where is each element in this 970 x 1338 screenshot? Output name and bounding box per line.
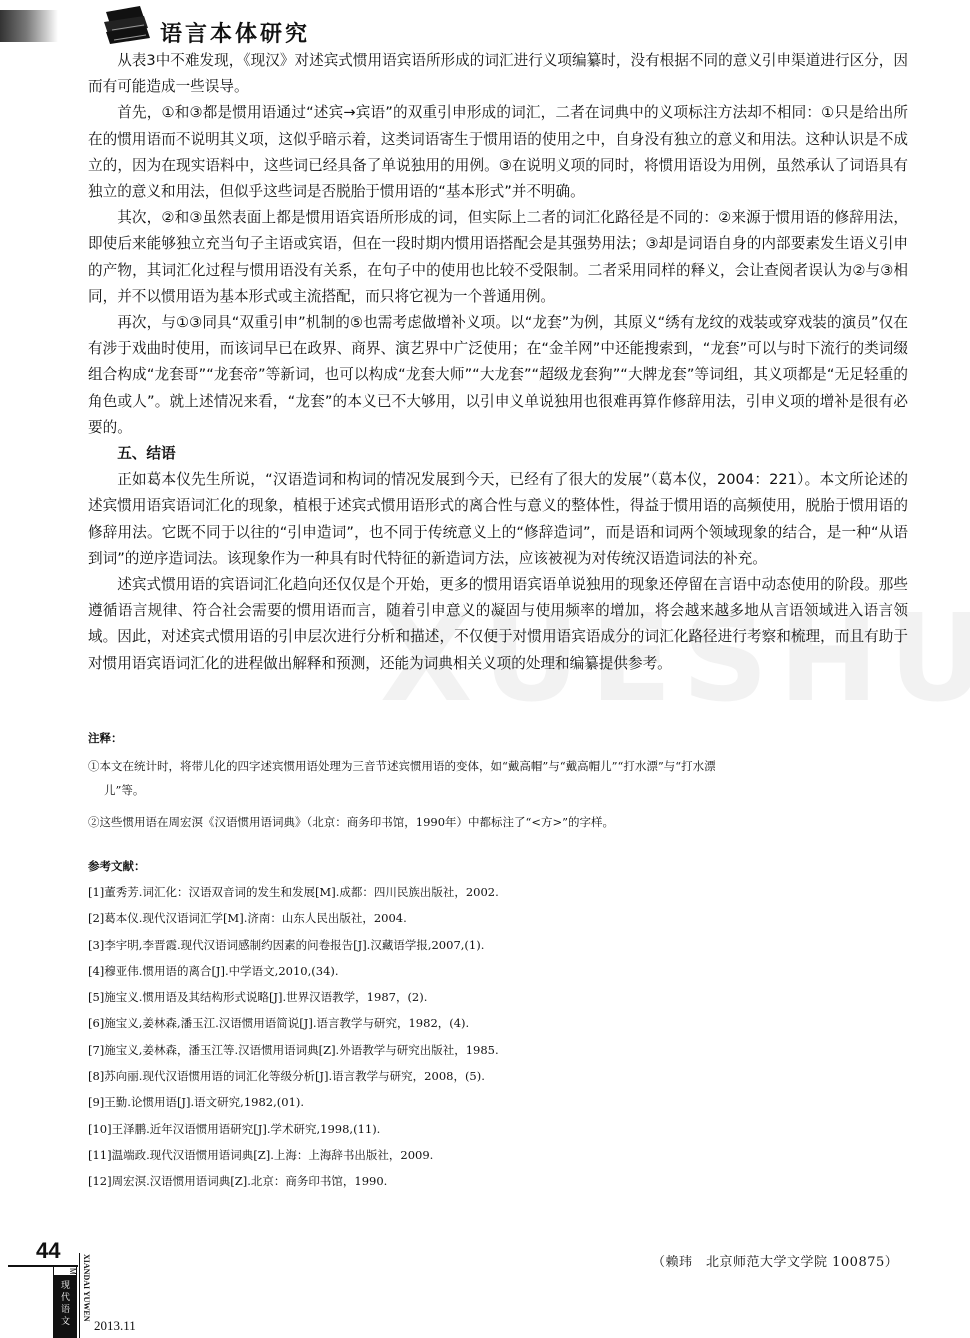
notes-section: 注释： ①本文在统计时，将带儿化的四字述宾惯用语处理为三音节述宾惯用语的变体，如… (88, 730, 908, 842)
note-text: ①本文在统计时，将带儿化的四字述宾惯用语处理为三音节述宾惯用语的变体，如“戴高帽… (88, 759, 716, 773)
note-text: ②这些惯用语在周宏溟《汉语惯用语词典》（北京：商务印书馆，1990年）中都标注了… (88, 815, 614, 829)
note-continuation: 儿”等。 (88, 778, 908, 802)
books-icon (100, 4, 154, 48)
references-title: 参考文献： (88, 858, 908, 874)
reference-item: [3]李宇明,李晋霞.现代汉语词感制约因素的问卷报告[J].汉藏语学报,2007… (88, 932, 908, 958)
references-section: 参考文献： [1]董秀芳.词汇化：汉语双音词的发生和发展[M].成都：四川民族出… (88, 858, 908, 1195)
reference-item: [12]周宏溟.汉语惯用语词典[Z].北京：商务印书馆，1990. (88, 1168, 908, 1194)
note-item: ①本文在统计时，将带儿化的四字述宾惯用语处理为三音节述宾惯用语的变体，如“戴高帽… (88, 754, 908, 802)
notes-title: 注释： (88, 730, 908, 746)
issue-date: 2013.11 (94, 1318, 136, 1334)
reference-item: [11]温端政.现代汉语惯用语词典[Z].上海：上海辞书出版社，2009. (88, 1142, 908, 1168)
section-heading: 五、结语 (88, 441, 908, 467)
reference-item: [5]施宝义.惯用语及其结构形式说略[J].世界汉语教学，1987，(2). (88, 984, 908, 1010)
section-title: 语言本体研究 (160, 17, 310, 48)
author-signature: （赖玮 北京师范大学文学院 100875） (652, 1251, 898, 1270)
paragraph: 再次，与①③同具“双重引申”机制的⑤也需考虑做增补义项。以“龙套”为例，其原义“… (88, 310, 908, 441)
paragraph: 正如葛本仪先生所说，“汉语造词和构词的情况发展到今天，已经有了很大的发展”（葛本… (88, 467, 908, 572)
reference-item: [7]施宝义,姜林森，潘玉江等.汉语惯用语词典[Z].外语教学与研究出版社，19… (88, 1037, 908, 1063)
journal-pinyin-name: XIANDAI YUWEN (82, 1254, 91, 1321)
article-body: 从表3中不难发现，《现汉》对述宾式惯用语宾语所形成的词汇进行义项编纂时，没有根据… (88, 48, 908, 677)
note-item: ②这些惯用语在周宏溟《汉语惯用语词典》（北京：商务印书馆，1990年）中都标注了… (88, 810, 908, 834)
reference-item: [8]苏向丽.现代汉语惯用语的词汇化等级分析[J].语言教学与研究，2008，(… (88, 1063, 908, 1089)
reference-item: [10]王泽鹏.近年汉语惯用语研究[J].学术研究,1998,(11). (88, 1116, 908, 1142)
reference-item: [6]施宝义,姜林森,潘玉江.汉语惯用语简说[J].语言教学与研究，1982，(… (88, 1010, 908, 1036)
reference-item: [4]穆亚伟.惯用语的离合[J].中学语文,2010,(34). (88, 958, 908, 984)
page-header: 语言本体研究 (100, 2, 310, 48)
paragraph: 述宾式惯用语的宾语词汇化趋向还仅仅是个开始，更多的惯用语宾语单说独用的现象还停留… (88, 572, 908, 677)
reference-item: [1]董秀芳.词汇化：汉语双音词的发生和发展[M].成都：四川民族出版社，200… (88, 879, 908, 905)
paragraph: 从表3中不难发现，《现汉》对述宾式惯用语宾语所形成的词汇进行义项编纂时，没有根据… (88, 48, 908, 100)
footer-vertical-divider (79, 1253, 80, 1338)
page-number: 44 (36, 1238, 60, 1264)
reference-item: [2]葛本仪.现代汉语词汇学[M].济南：山东人民出版社，2004. (88, 905, 908, 931)
corner-decoration (0, 10, 58, 42)
reference-item: [9]王勤.论惯用语[J].语文研究,1982,(01). (88, 1089, 908, 1115)
journal-english-name: Modern Chinese (68, 1268, 77, 1327)
paragraph: 首先，①和③都是惯用语通过“述宾→宾语”的双重引申形成的词汇，二者在词典中的义项… (88, 100, 908, 205)
paragraph: 其次，②和③虽然表面上都是惯用语宾语所形成的词，但实际上二者的词汇化路径是不同的… (88, 205, 908, 310)
